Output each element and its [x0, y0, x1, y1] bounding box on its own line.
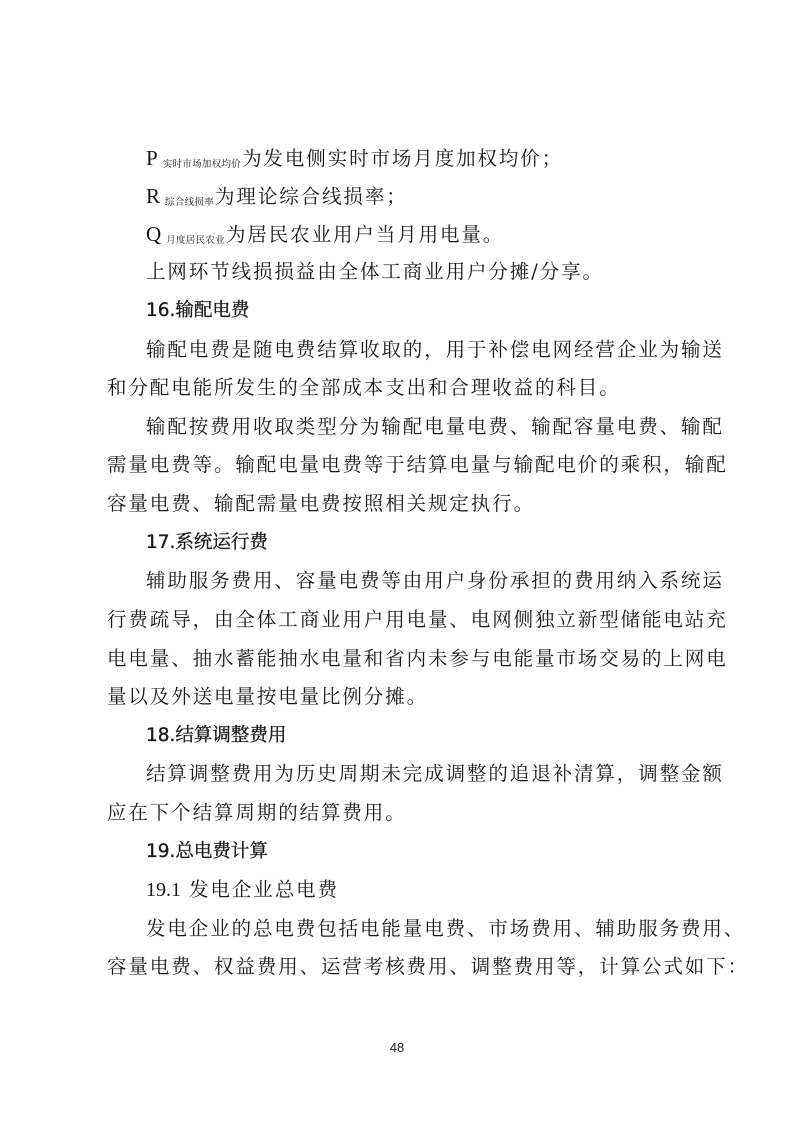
page-number: 48 — [0, 1040, 794, 1055]
paragraph-line: 和分配电能所发生的全部成本支出和合理收益的科目。 — [107, 376, 689, 400]
paragraph-line: 结算调整费用为历史周期未完成调整的追退补清算，调整金额 — [146, 762, 689, 786]
paragraph-line: 量以及外送电量按电量比例分摊。 — [107, 685, 689, 709]
paragraph-line: 发电企业的总电费包括电能量电费、市场费用、辅助服务费用、 — [146, 917, 689, 941]
paragraph-line: 容量电费、权益费用、运营考核费用、调整费用等，计算公式如下： — [107, 955, 689, 979]
subsection-number: 19.1 — [146, 879, 181, 901]
paragraph-line: 辅助服务费用、容量电费等由用户身份承担的费用纳入系统运 — [146, 569, 689, 593]
paragraph-line: 输配电费是随电费结算收取的，用于补偿电网经营企业为输送 — [146, 338, 689, 362]
paragraph-line: 电电量、抽水蓄能抽水电量和省内未参与电能量市场交易的上网电 — [107, 647, 689, 671]
variable-definition-r: R综合线损率为理论综合线损率； — [146, 184, 689, 215]
section-heading-18: 18.结算调整费用 — [146, 724, 286, 748]
variable-description: 为理论综合线损率； — [215, 185, 408, 208]
paragraph-loss-share: 上网环节线损损益由全体工商业用户分摊/分享。 — [146, 260, 689, 284]
paragraph-line: 需量电费等。输配电量电费等于结算电量与输配电价的乘积，输配 — [107, 453, 689, 477]
variable-subscript: 月度居民农业 — [166, 235, 225, 246]
variable-symbol: Q — [146, 222, 161, 246]
subsection-title: 发电企业总电费 — [189, 878, 339, 901]
variable-definition-q: Q月度居民农业为居民农业用户当月用电量。 — [146, 222, 689, 253]
paragraph-line: 行费疏导，由全体工商业用户用电量、电网侧独立新型储能电站充 — [107, 608, 689, 632]
variable-symbol: R — [146, 184, 160, 208]
variable-symbol: P — [146, 146, 158, 170]
document-page: P实时市场加权均价为发电侧实时市场月度加权均价； R综合线损率为理论综合线损率；… — [0, 0, 794, 1123]
variable-description: 为居民农业用户当月用电量。 — [226, 223, 504, 246]
paragraph-line: 容量电费、输配需量电费按照相关规定执行。 — [107, 492, 689, 516]
section-heading-17: 17.系统运行费 — [146, 531, 268, 555]
subsection-heading-19-1: 19.1 发电企业总电费 — [146, 878, 689, 902]
section-heading-16: 16.输配电费 — [146, 299, 249, 323]
paragraph-line: 应在下个结算周期的结算费用。 — [107, 801, 689, 825]
variable-subscript: 综合线损率 — [165, 197, 214, 208]
variable-definition-p: P实时市场加权均价为发电侧实时市场月度加权均价； — [146, 146, 689, 177]
variable-description: 为发电侧实时市场月度加权均价； — [242, 147, 563, 170]
paragraph-line: 输配按费用收取类型分为输配电量电费、输配容量电费、输配 — [146, 415, 689, 439]
variable-subscript: 实时市场加权均价 — [163, 159, 241, 170]
section-heading-19: 19.总电费计算 — [146, 840, 268, 864]
